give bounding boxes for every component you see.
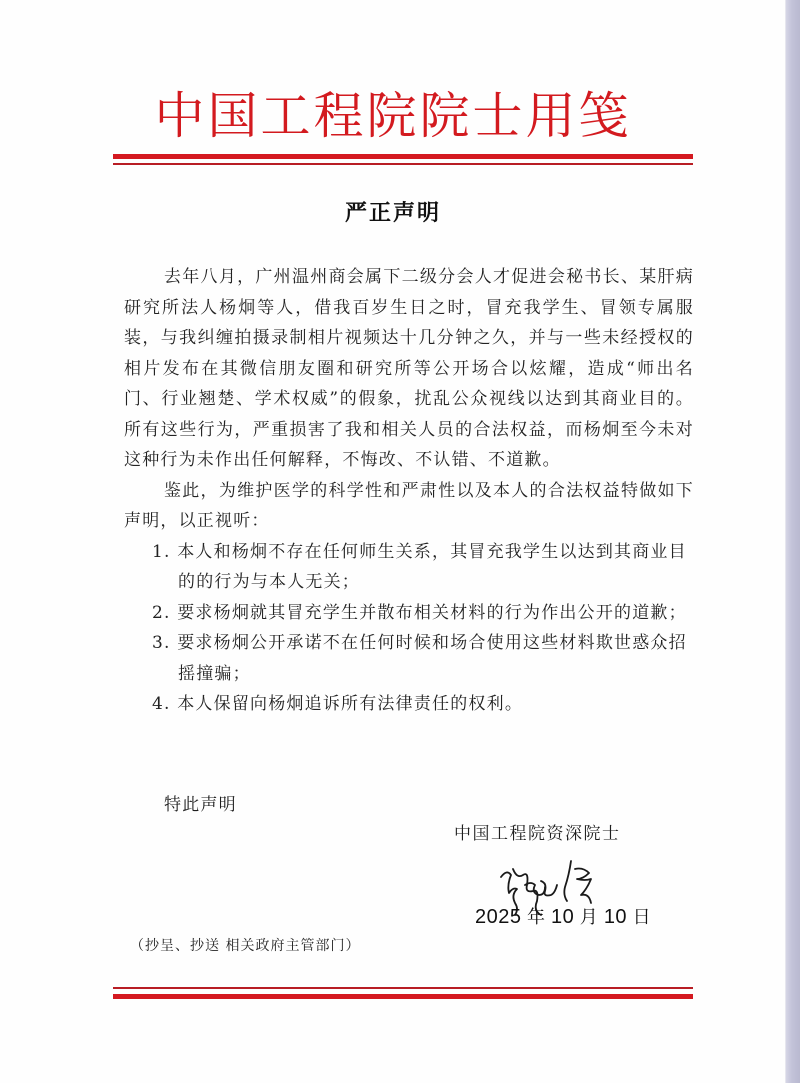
paragraph-1: 去年八月，广州温州商会属下二级分会人才促进会秘书长、某肝病研究所法人杨炯等人，借… [124,262,694,476]
date-year-unit: 年 [527,907,546,927]
document-body: 去年八月，广州温州商会属下二级分会人才促进会秘书长、某肝病研究所法人杨炯等人，借… [124,262,694,720]
date-day: 10 [604,906,627,928]
document-date: 2025 年 10 月 10 日 [475,903,651,929]
date-month-unit: 月 [580,907,599,927]
list-item: 2. 要求杨炯就其冒充学生并散布相关材料的行为作出公开的道歉； [138,598,694,629]
closing-statement: 特此声明 [164,790,237,815]
date-year: 2025 [475,906,522,928]
document-title: 严正声明 [0,196,786,227]
letterhead-rule-thick [113,154,693,159]
declaration-list: 1. 本人和杨炯不存在任何师生关系，其冒充我学生以达到其商业目的的行为与本人无关… [124,537,694,720]
date-month: 10 [551,906,574,928]
footer-rule-thick [113,994,693,999]
footer-rule-thin [113,987,693,989]
letterhead-title: 中国工程院院士用笺 [0,86,786,146]
letterhead-rule-thin [113,163,693,165]
page-edge-strip [785,0,800,1083]
paragraph-2: 鉴此，为维护医学的科学性和严肃性以及本人的合法权益特做如下声明，以正视听： [124,476,694,537]
list-item: 1. 本人和杨炯不存在任何师生关系，其冒充我学生以达到其商业目的的行为与本人无关… [138,537,694,598]
list-item: 3. 要求杨炯公开承诺不在任何时候和场合使用这些材料欺世惑众招摇撞骗； [138,628,694,689]
date-day-unit: 日 [633,907,652,927]
cc-note: （抄呈、抄送 相关政府主管部门） [130,935,360,955]
signatory-title: 中国工程院资深院士 [454,819,621,844]
list-item: 4. 本人保留向杨炯追诉所有法律责任的权利。 [138,689,694,720]
